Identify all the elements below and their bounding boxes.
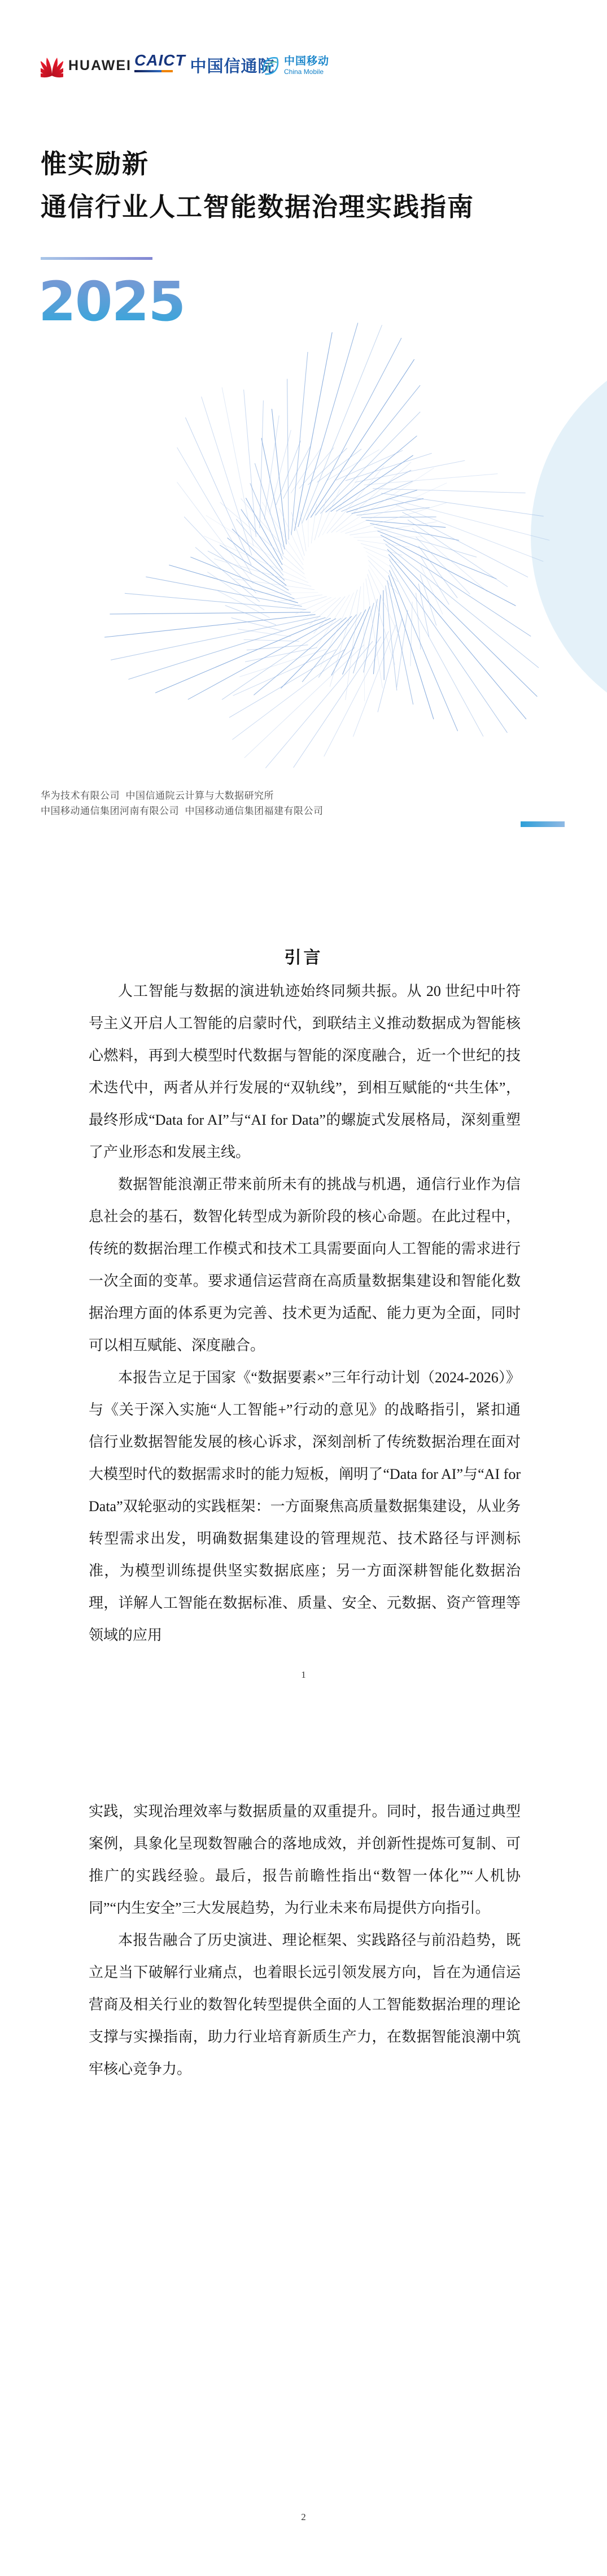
intro-paragraph: 人工智能与数据的演进轨迹始终同频共振。从 20 世纪中叶符号主义开启人工智能的启… xyxy=(89,975,521,1168)
intro-heading: 引言 xyxy=(0,943,607,968)
caict-acronym-block: CAICT xyxy=(134,53,186,72)
china-mobile-name-en: China Mobile xyxy=(284,68,329,75)
china-mobile-wordmark: 中国移动 China Mobile xyxy=(284,56,329,75)
page-number-2: 2 xyxy=(0,2512,607,2523)
intro-page2-text: 实践，实现治理效率与数据质量的双重提升。同时，报告通过典型案例，具象化呈现数智融… xyxy=(89,1795,521,2085)
page-number-1: 1 xyxy=(0,1669,607,1681)
china-mobile-name-zh: 中国移动 xyxy=(284,56,329,67)
report-title: 惟实励新 通信行业人工智能数据治理实践指南 xyxy=(41,142,474,228)
caict-logo: CAICT 中国信通院 xyxy=(134,49,275,82)
intro-paragraph: 本报告融合了历史演进、理论框架、实践路径与前沿趋势，既立足当下破解行业痛点，也着… xyxy=(89,1924,521,2085)
intro-page1-text: 人工智能与数据的演进轨迹始终同频共振。从 20 世纪中叶符号主义开启人工智能的启… xyxy=(89,975,521,1651)
caict-acronym: CAICT xyxy=(134,53,186,68)
vortex-decoration xyxy=(85,314,593,811)
intro-paragraph-continuation: 实践，实现治理效率与数据质量的双重提升。同时，报告通过典型案例，具象化呈现数智融… xyxy=(89,1795,521,1924)
intro-paragraph: 本报告立足于国家《“数据要素×”三年行动计划（2024-2026）》与《关于深入… xyxy=(89,1361,521,1651)
huawei-flower-icon xyxy=(41,53,63,78)
china-mobile-icon xyxy=(261,54,280,77)
huawei-logo: HUAWEI xyxy=(41,49,132,82)
year-accent-rule xyxy=(41,257,152,260)
authoring-orgs-line1: 华为技术有限公司 中国信通院云计算与大数据研究所 xyxy=(41,787,274,802)
authoring-orgs-line2: 中国移动通信集团河南有限公司 中国移动通信集团福建有限公司 xyxy=(41,803,323,817)
intro-paragraph: 数据智能浪潮正带来前所未有的挑战与机遇，通信行业作为信息社会的基石，数智化转型成… xyxy=(89,1168,521,1361)
report-title-line2: 通信行业人工智能数据治理实践指南 xyxy=(41,185,474,228)
caict-underline-bar xyxy=(134,70,173,72)
logo-row: HUAWEI CAICT 中国信通院 中国移动 China Mobile xyxy=(0,49,607,82)
side-accent-bar xyxy=(521,821,565,827)
report-title-line1: 惟实励新 xyxy=(41,142,474,185)
china-mobile-logo: 中国移动 China Mobile xyxy=(261,49,329,82)
huawei-wordmark: HUAWEI xyxy=(68,58,132,74)
